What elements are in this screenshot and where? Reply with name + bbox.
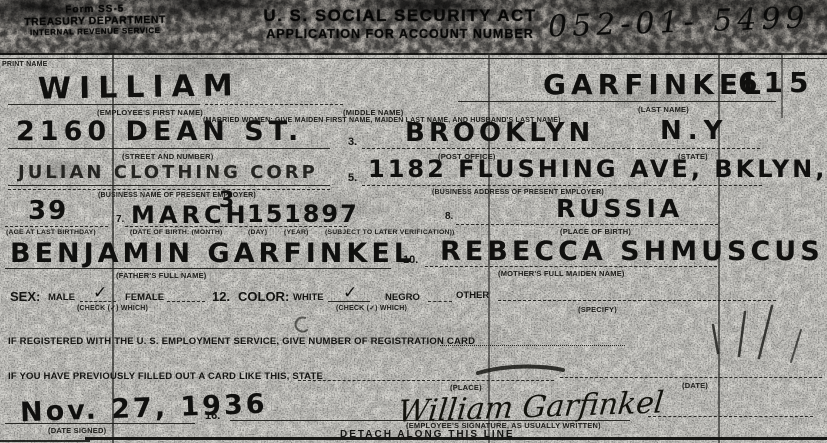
last-name-label: (LAST NAME) [638,105,689,114]
form-title: U. S. SOCIAL SECURITY ACT [235,6,565,26]
white-check-line [328,301,370,302]
last-name-line [458,101,776,102]
birth-year-value: 1897 [284,200,359,228]
sex-male-label: MALE [48,292,75,303]
item-number-3: 3. [348,136,357,148]
bottom-edge-rule-left [0,440,90,442]
previous-card-text: IF YOU HAVE PREVIOUSLY FILLED OUT A CARD… [8,371,323,382]
color-prefix-label: COLOR: [238,289,289,304]
employer-name-line [8,185,330,186]
header-rule-bottom [0,58,827,59]
dob-day-label: (DAY) [248,229,267,236]
item-number-8: 8. [445,211,453,222]
middle-name-label: (MIDDLE NAME) [343,108,404,117]
dob-verification-label: (SUBJECT TO LATER VERIFICATION)) [325,229,455,236]
color-check-note: (CHECK (✓) WHICH) [336,304,407,312]
birthplace-value: RUSSIA [556,194,683,223]
other-specify-line [498,300,776,301]
header-rule-top [0,53,827,55]
age-line [5,226,108,227]
birthplace-label: (PLACE OF BIRTH) [560,227,631,236]
mother-name-label: (MOTHER'S FULL MAIDEN NAME) [498,269,625,278]
street-value: 2160 DEAN ST. [16,116,303,147]
date-label: (DATE) [682,381,708,390]
dob-month-label: (DATE OF BIRTH: (MONTH) [130,229,222,236]
previous-card-date-line [560,377,822,378]
item-number-5: 5. [348,172,357,184]
age-label: (AGE AT LAST BIRTHDAY) [6,229,96,236]
sex-female-label: FEMALE [125,292,164,303]
post-office-value: BROOKLYN [405,118,594,148]
employer-address-line [362,185,762,186]
sex-prefix-label: SEX: [10,289,40,304]
dob-line [125,226,347,227]
state-value: N.Y [660,116,728,146]
employer-name-value: JULIAN CLOTHING CORP [18,162,318,183]
negro-check-line [428,301,452,302]
fold-line-center [488,0,490,443]
first-name-value: WILLIAM [38,68,241,107]
birth-day-value: 15 [247,200,284,228]
signature-line-ext [648,416,813,417]
agency-stamp: Form SS-5 TREASURY DEPARTMENT INTERNAL R… [0,2,190,37]
mother-name-line [425,266,717,267]
father-name-label: (FATHER'S FULL NAME) [116,271,207,280]
last-name-value: GARFINKEL [543,68,766,101]
place-label: (PLACE) [450,383,482,392]
previous-card-place-line [298,380,554,381]
male-checkmark: ✓ [93,283,107,303]
white-checkmark: ✓ [343,283,357,303]
middle-name-line [205,104,343,105]
registration-text: IF REGISTERED WITH THE U. S. EMPLOYMENT … [8,336,475,347]
color-other-label: OTHER [456,290,489,301]
first-name-line [8,104,200,105]
male-check-line [80,301,116,302]
post-office-line [362,148,760,149]
print-name-label: PRINT NAME [2,61,48,68]
item-number-16: 16. [205,410,220,422]
registration-line [440,345,625,346]
specify-label: (SPECIFY) [578,305,617,314]
street-line [8,148,330,149]
birth-day-superscript: 3 [219,188,238,213]
employer-name-line-2 [8,189,330,190]
street-label: (STREET AND NUMBER) [122,152,213,161]
mother-name-value: REBECCA SHMUSCUS [440,236,824,267]
dob-year-label: (YEAR) [284,229,309,236]
date-signed-line [5,423,195,424]
employer-address-value: 1182 FLUSHING AVE, BKLYN, N.Y. [368,155,827,183]
item-number-10: 10. [403,254,418,266]
father-name-value: BENJAMIN GARFINKEL [10,238,415,269]
bottom-edge-rule [85,437,827,440]
female-check-line [167,301,205,302]
item-number-7: 7. [116,214,124,225]
sex-check-note: (CHECK (✓) WHICH) [77,304,148,312]
father-name-line [5,268,391,269]
color-negro-label: NEGRO [385,292,420,303]
item-number-12: 12. [212,289,230,304]
form-subtitle: APPLICATION FOR ACCOUNT NUMBER [235,27,565,41]
color-white-label: WHITE [293,292,324,303]
birthplace-line [456,224,718,225]
last-name-extra: 615 [738,66,814,99]
age-value: 39 [28,196,68,226]
ss5-application-form-scan: Form SS-5 TREASURY DEPARTMENT INTERNAL R… [0,0,827,443]
date-signed-label: (DATE SIGNED) [48,426,106,435]
